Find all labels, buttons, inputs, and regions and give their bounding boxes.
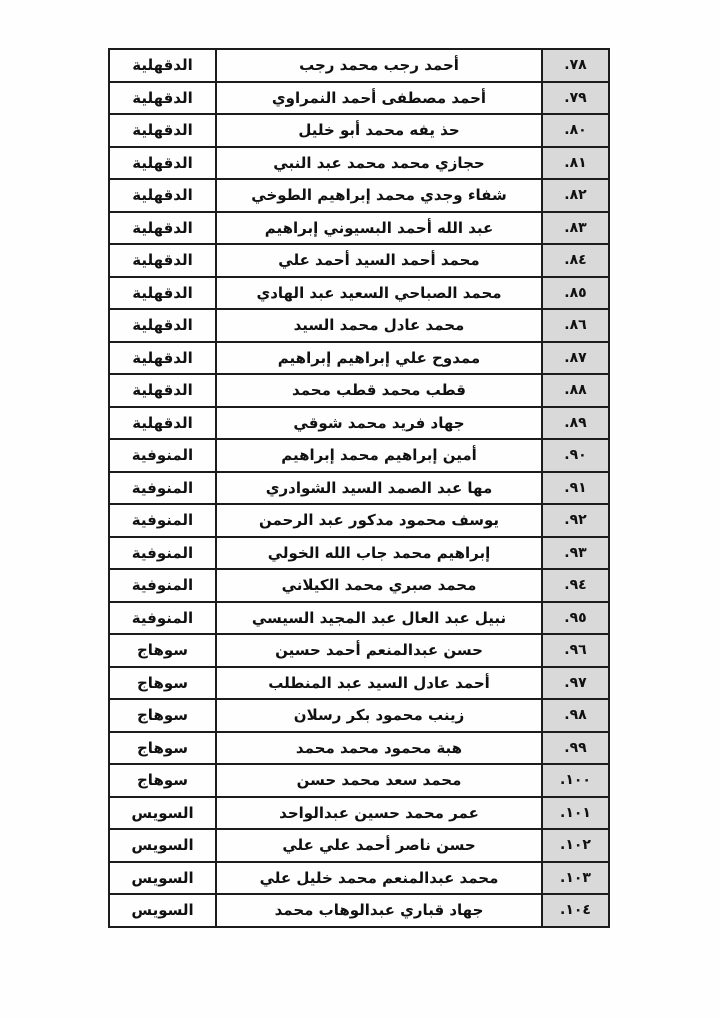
name-cell: أحمد مصطفى أحمد النمراوي	[216, 82, 542, 115]
governorate-cell: المنوفية	[109, 602, 216, 635]
table-row: ٧٨. أحمد رجب محمد رجب الدقهلية	[109, 49, 609, 82]
governorate-cell: الدقهلية	[109, 309, 216, 342]
serial-cell: ٩٦.	[542, 634, 609, 667]
table-row: ٩٥. نبيل عبد العال عبد المجيد السيسي الم…	[109, 602, 609, 635]
governorate-cell: المنوفية	[109, 537, 216, 570]
name-cell: محمد صبري محمد الكيلاني	[216, 569, 542, 602]
governorate-cell: الدقهلية	[109, 212, 216, 245]
table-row: ١٠٢. حسن ناصر أحمد علي علي السويس	[109, 829, 609, 862]
serial-cell: ٧٩.	[542, 82, 609, 115]
name-cell: هبة محمود محمد محمد	[216, 732, 542, 765]
name-cell: قطب محمد قطب محمد	[216, 374, 542, 407]
governorate-cell: سوهاج	[109, 667, 216, 700]
serial-cell: ٩٣.	[542, 537, 609, 570]
governorate-cell: السويس	[109, 797, 216, 830]
name-cell: ممدوح علي إبراهيم إبراهيم	[216, 342, 542, 375]
name-cell: جهاد فريد محمد شوقي	[216, 407, 542, 440]
name-cell: جهاد قباري عبدالوهاب محمد	[216, 894, 542, 927]
table-row: ٨٤. محمد أحمد السيد أحمد علي الدقهلية	[109, 244, 609, 277]
governorate-cell: سوهاج	[109, 732, 216, 765]
governorate-cell: السويس	[109, 862, 216, 895]
serial-cell: ١٠١.	[542, 797, 609, 830]
name-cell: أحمد عادل السيد عبد المنطلب	[216, 667, 542, 700]
table-row: ٩٧. أحمد عادل السيد عبد المنطلب سوهاج	[109, 667, 609, 700]
serial-cell: ١٠٤.	[542, 894, 609, 927]
governorate-cell: الدقهلية	[109, 277, 216, 310]
serial-cell: ٨٩.	[542, 407, 609, 440]
table-row: ٨٢. شفاء وجدي محمد إبراهيم الطوخي الدقهل…	[109, 179, 609, 212]
governorate-cell: الدقهلية	[109, 244, 216, 277]
table-row: ١٠٠. محمد سعد محمد حسن سوهاج	[109, 764, 609, 797]
name-cell: محمد أحمد السيد أحمد علي	[216, 244, 542, 277]
document-page: ٧٨. أحمد رجب محمد رجب الدقهلية ٧٩. أحمد …	[0, 0, 720, 1018]
governorate-cell: المنوفية	[109, 504, 216, 537]
serial-cell: ٨٥.	[542, 277, 609, 310]
name-cell: حسن ناصر أحمد علي علي	[216, 829, 542, 862]
name-cell: يوسف محمود مدكور عبد الرحمن	[216, 504, 542, 537]
governorate-cell: الدقهلية	[109, 49, 216, 82]
table-row: ٨٥. محمد الصباحي السعيد عبد الهادي الدقه…	[109, 277, 609, 310]
name-cell: حجازي محمد محمد عبد النبي	[216, 147, 542, 180]
serial-cell: ٩٩.	[542, 732, 609, 765]
serial-cell: ٩١.	[542, 472, 609, 505]
governorate-cell: السويس	[109, 894, 216, 927]
serial-cell: ٩٢.	[542, 504, 609, 537]
table-row: ٨٣. عبد الله أحمد البسيوني إبراهيم الدقه…	[109, 212, 609, 245]
governorate-cell: الدقهلية	[109, 179, 216, 212]
table-row: ٧٩. أحمد مصطفى أحمد النمراوي الدقهلية	[109, 82, 609, 115]
governorate-cell: سوهاج	[109, 764, 216, 797]
serial-cell: ٨٨.	[542, 374, 609, 407]
name-cell: عمر محمد حسين عبدالواحد	[216, 797, 542, 830]
table-row: ٩٨. زينب محمود بكر رسلان سوهاج	[109, 699, 609, 732]
name-cell: محمد سعد محمد حسن	[216, 764, 542, 797]
table-row: ٨٩. جهاد فريد محمد شوقي الدقهلية	[109, 407, 609, 440]
governorate-cell: المنوفية	[109, 569, 216, 602]
serial-cell: ٩٨.	[542, 699, 609, 732]
table-row: ٩٤. محمد صبري محمد الكيلاني المنوفية	[109, 569, 609, 602]
name-cell: محمد عادل محمد السيد	[216, 309, 542, 342]
table-row: ٩١. مها عبد الصمد السيد الشوادري المنوفي…	[109, 472, 609, 505]
governorate-cell: سوهاج	[109, 699, 216, 732]
name-cell: نبيل عبد العال عبد المجيد السيسي	[216, 602, 542, 635]
table-row: ٩٦. حسن عبدالمنعم أحمد حسين سوهاج	[109, 634, 609, 667]
name-cell: أحمد رجب محمد رجب	[216, 49, 542, 82]
table-row: ١٠٣. محمد عبدالمنعم محمد خليل علي السويس	[109, 862, 609, 895]
name-cell: أمين إبراهيم محمد إبراهيم	[216, 439, 542, 472]
serial-cell: ٨٠.	[542, 114, 609, 147]
serial-cell: ١٠٠.	[542, 764, 609, 797]
governorate-cell: الدقهلية	[109, 82, 216, 115]
governorate-cell: الدقهلية	[109, 374, 216, 407]
roster-table: ٧٨. أحمد رجب محمد رجب الدقهلية ٧٩. أحمد …	[108, 48, 610, 928]
table-row: ١٠٤. جهاد قباري عبدالوهاب محمد السويس	[109, 894, 609, 927]
name-cell: إبراهيم محمد جاب الله الخولي	[216, 537, 542, 570]
governorate-cell: الدقهلية	[109, 407, 216, 440]
name-cell: زينب محمود بكر رسلان	[216, 699, 542, 732]
serial-cell: ٨٢.	[542, 179, 609, 212]
governorate-cell: الدقهلية	[109, 342, 216, 375]
table-row: ٩٠. أمين إبراهيم محمد إبراهيم المنوفية	[109, 439, 609, 472]
table-row: ٩٩. هبة محمود محمد محمد سوهاج	[109, 732, 609, 765]
table-row: ٩٣. إبراهيم محمد جاب الله الخولي المنوفي…	[109, 537, 609, 570]
table-row: ٨١. حجازي محمد محمد عبد النبي الدقهلية	[109, 147, 609, 180]
serial-cell: ٨٣.	[542, 212, 609, 245]
table-row: ٩٢. يوسف محمود مدكور عبد الرحمن المنوفية	[109, 504, 609, 537]
name-cell: شفاء وجدي محمد إبراهيم الطوخي	[216, 179, 542, 212]
governorate-cell: المنوفية	[109, 439, 216, 472]
serial-cell: ٨٤.	[542, 244, 609, 277]
serial-cell: ٩٥.	[542, 602, 609, 635]
name-cell: حذ يفه محمد أبو خليل	[216, 114, 542, 147]
serial-cell: ٨١.	[542, 147, 609, 180]
governorate-cell: سوهاج	[109, 634, 216, 667]
table-row: ٨٠. حذ يفه محمد أبو خليل الدقهلية	[109, 114, 609, 147]
governorate-cell: الدقهلية	[109, 114, 216, 147]
serial-cell: ٨٦.	[542, 309, 609, 342]
governorate-cell: المنوفية	[109, 472, 216, 505]
name-cell: حسن عبدالمنعم أحمد حسين	[216, 634, 542, 667]
roster-table-body: ٧٨. أحمد رجب محمد رجب الدقهلية ٧٩. أحمد …	[109, 49, 609, 927]
governorate-cell: السويس	[109, 829, 216, 862]
name-cell: عبد الله أحمد البسيوني إبراهيم	[216, 212, 542, 245]
table-row: ٨٨. قطب محمد قطب محمد الدقهلية	[109, 374, 609, 407]
serial-cell: ١٠٢.	[542, 829, 609, 862]
serial-cell: ٩٤.	[542, 569, 609, 602]
serial-cell: ٩٧.	[542, 667, 609, 700]
name-cell: محمد الصباحي السعيد عبد الهادي	[216, 277, 542, 310]
table-row: ٨٧. ممدوح علي إبراهيم إبراهيم الدقهلية	[109, 342, 609, 375]
governorate-cell: الدقهلية	[109, 147, 216, 180]
name-cell: محمد عبدالمنعم محمد خليل علي	[216, 862, 542, 895]
serial-cell: ٩٠.	[542, 439, 609, 472]
table-row: ٨٦. محمد عادل محمد السيد الدقهلية	[109, 309, 609, 342]
name-cell: مها عبد الصمد السيد الشوادري	[216, 472, 542, 505]
table-row: ١٠١. عمر محمد حسين عبدالواحد السويس	[109, 797, 609, 830]
serial-cell: ١٠٣.	[542, 862, 609, 895]
serial-cell: ٧٨.	[542, 49, 609, 82]
serial-cell: ٨٧.	[542, 342, 609, 375]
